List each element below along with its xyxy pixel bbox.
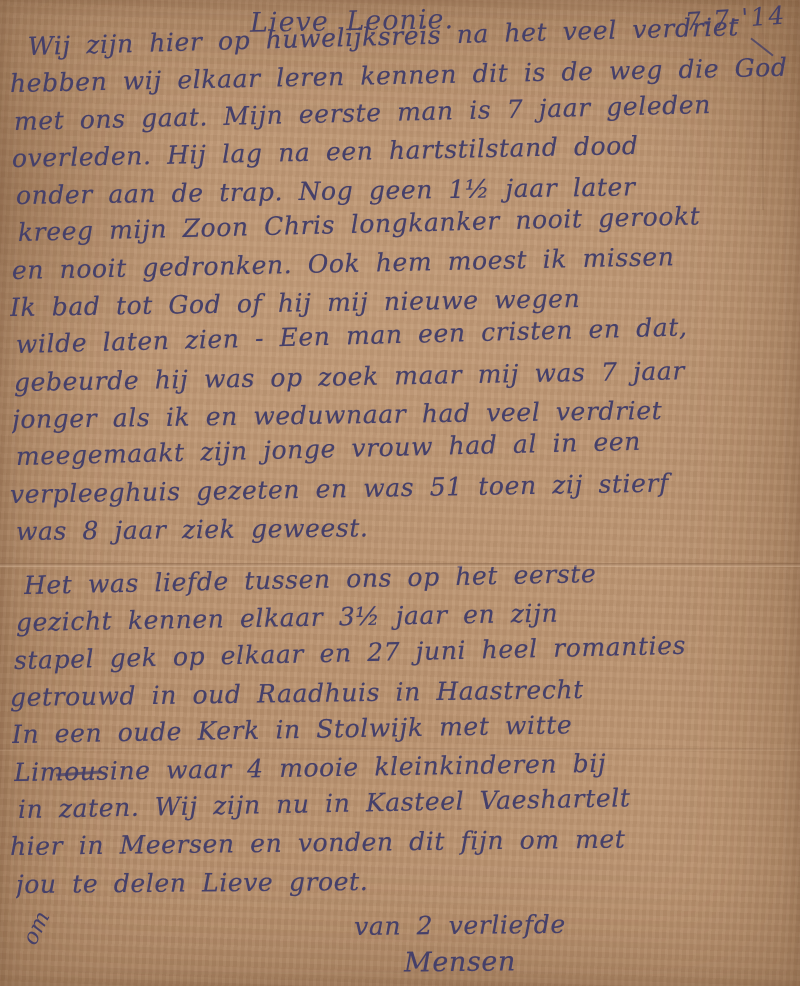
handwritten-line: was 8 jaar ziek geweest.: [16, 507, 800, 553]
handwritten-line: jou te delen Lieve groet.: [16, 861, 800, 905]
signature: Mensen: [160, 943, 760, 986]
letter-scan: Lieve Leonie. 7-7-'14 Wij zijn hier op h…: [0, 0, 800, 986]
letter-closing: van 2 verliefde Mensen: [160, 912, 760, 986]
rotated-margin-note: om: [18, 907, 55, 949]
handwritten-line: hier in Meersen en vonden dit fijn om me…: [10, 821, 800, 868]
letter-body: Wij zijn hier op huwelijksreis na het ve…: [6, 30, 800, 905]
